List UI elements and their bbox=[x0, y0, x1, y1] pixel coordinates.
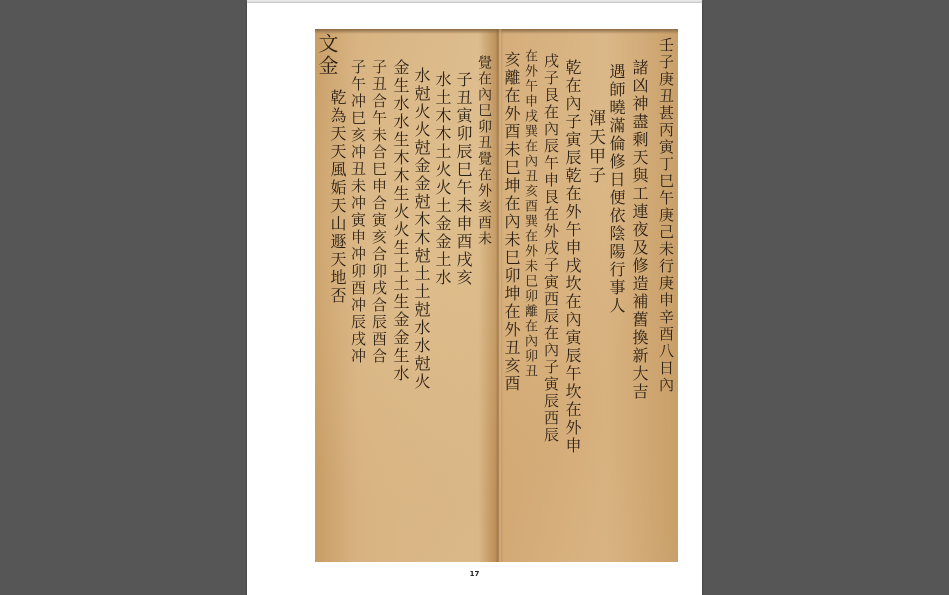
manuscript-column: 遇師曉滿倫修日便依陰陽行事人 bbox=[608, 63, 624, 315]
manuscript-column: 水土木木土火火土金金土水 bbox=[434, 71, 450, 287]
manuscript-scan-image: 壬子庚丑甚丙寅丁巳午庚己未行庚申辛酉八日內諸凶神盡剩天與工連夜及修造補舊換新大吉… bbox=[315, 29, 678, 562]
manuscript-column: 渾天甲子 bbox=[586, 109, 603, 185]
document-viewer: 壬子庚丑甚丙寅丁巳午庚己未行庚申辛酉八日內諸凶神盡剩天與工連夜及修造補舊換新大吉… bbox=[0, 0, 949, 595]
manuscript-column: 文金 bbox=[317, 33, 337, 77]
manuscript-column: 乾在內子寅辰乾在外午申戌坎在內寅辰午坎在外申 bbox=[564, 59, 580, 455]
document-page: 壬子庚丑甚丙寅丁巳午庚己未行庚申辛酉八日內諸凶神盡剩天與工連夜及修造補舊換新大吉… bbox=[247, 3, 702, 595]
manuscript-column: 金生水水生木木生火火生土土生金金生水 bbox=[392, 59, 408, 383]
manuscript-column: 諸凶神盡剩天與工連夜及修造補舊換新大吉 bbox=[631, 59, 647, 401]
manuscript-column: 子丑合午未合巳申合寅亥合卯戌合辰酉合 bbox=[371, 59, 386, 365]
page-number: 17 bbox=[247, 570, 702, 578]
manuscript-column: 水尅火火尅金金尅木木尅土土尅水水尅火 bbox=[413, 67, 429, 391]
manuscript-column: 覺在內巳卯丑覺在外亥酉未 bbox=[477, 55, 491, 247]
manuscript-column: 壬子庚丑甚丙寅丁巳午庚己未行庚申辛酉八日內 bbox=[658, 37, 673, 394]
manuscript-column: 子丑寅卯辰巳午未申酉戌亥 bbox=[455, 71, 471, 287]
manuscript-column: 在外午申戌巽在內丑亥酉巽在外未巳卯離在內卯丑 bbox=[523, 49, 536, 379]
manuscript-column: 子午冲巳亥冲丑未冲寅申冲卯酉冲辰戌冲 bbox=[350, 59, 365, 365]
manuscript-column: 戌子艮在內辰午申艮在外戌子寅西辰在內子寅辰西辰 bbox=[543, 53, 558, 444]
manuscript-column: 亥離在外酉未巳坤在內未巳卯坤在外丑亥酉 bbox=[503, 51, 519, 393]
manuscript-column: 乾為天天風姤天山遯天地否 bbox=[329, 89, 345, 305]
